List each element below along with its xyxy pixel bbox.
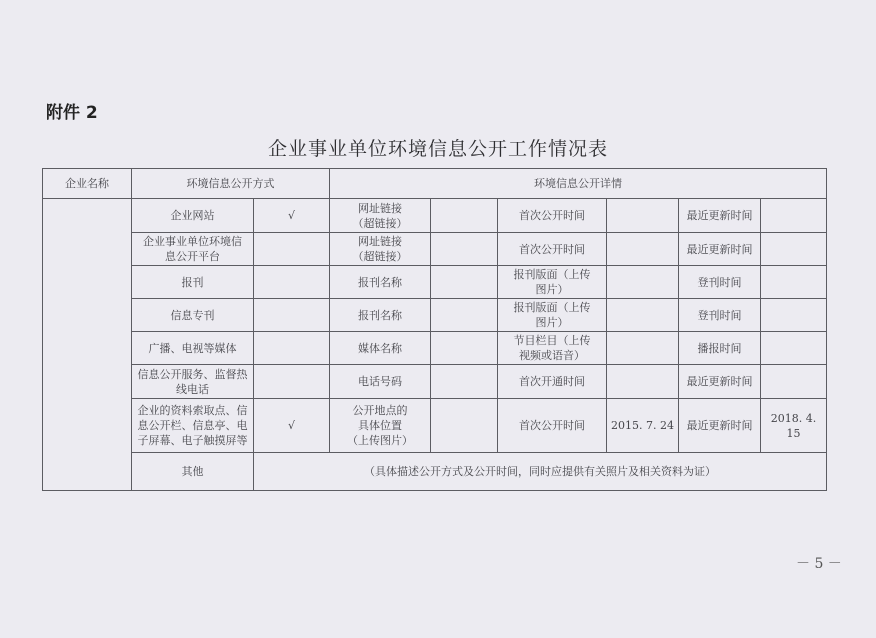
detail-label: 媒体名称	[330, 332, 431, 365]
time2-value[interactable]	[761, 299, 827, 332]
detail-label: 报刊名称	[330, 299, 431, 332]
time2-label: 最近更新时间	[679, 199, 761, 233]
time2-value[interactable]	[761, 266, 827, 299]
time2-label: 登刊时间	[679, 266, 761, 299]
time2-label: 最近更新时间	[679, 365, 761, 399]
header-row: 企业名称 环境信息公开方式 环境信息公开详情	[43, 169, 827, 199]
method-check[interactable]: √	[254, 199, 330, 233]
time1-value[interactable]	[607, 299, 679, 332]
method-label: 广播、电视等媒体	[132, 332, 254, 365]
time1-value[interactable]	[607, 233, 679, 266]
time2-value[interactable]: 2018. 4. 15	[761, 399, 827, 453]
detail-value[interactable]	[431, 332, 498, 365]
detail-label: 网址链接（超链接）	[330, 233, 431, 266]
header-disclosure-method: 环境信息公开方式	[132, 169, 330, 199]
method-label: 信息公开服务、监督热线电话	[132, 365, 254, 399]
method-check[interactable]	[254, 266, 330, 299]
header-disclosure-details: 环境信息公开详情	[330, 169, 827, 199]
time1-label: 首次开通时间	[498, 365, 607, 399]
detail-value[interactable]	[431, 199, 498, 233]
table-row: 信息专刊 报刊名称 报刊版面（上传图片） 登刊时间	[43, 299, 827, 332]
detail-label: 网址链接（超链接）	[330, 199, 431, 233]
detail-label: 电话号码	[330, 365, 431, 399]
table-row: 企业网站 √ 网址链接（超链接） 首次公开时间 最近更新时间	[43, 199, 827, 233]
disclosure-table: 企业名称 环境信息公开方式 环境信息公开详情 企业网站 √ 网址链接（超链接） …	[42, 168, 827, 491]
method-check[interactable]	[254, 299, 330, 332]
detail-label: 报刊名称	[330, 266, 431, 299]
other-row: 其他 （具体描述公开方式及公开时间，同时应提供有关照片及相关资料为证）	[43, 453, 827, 491]
table-row: 信息公开服务、监督热线电话 电话号码 首次开通时间 最近更新时间	[43, 365, 827, 399]
table-row: 企业的资料索取点、信息公开栏、信息亭、电子屏幕、电子触摸屏等 √ 公开地点的具体…	[43, 399, 827, 453]
detail-value[interactable]	[431, 266, 498, 299]
detail-value[interactable]	[431, 233, 498, 266]
table-row: 广播、电视等媒体 媒体名称 节目栏目（上传视频或语音） 播报时间	[43, 332, 827, 365]
time2-label: 登刊时间	[679, 299, 761, 332]
method-check[interactable]	[254, 365, 330, 399]
time2-label: 播报时间	[679, 332, 761, 365]
time1-label: 首次公开时间	[498, 199, 607, 233]
time2-value[interactable]	[761, 233, 827, 266]
time1-value[interactable]	[607, 266, 679, 299]
detail-value[interactable]	[431, 299, 498, 332]
time2-label: 最近更新时间	[679, 233, 761, 266]
time1-label: 报刊版面（上传图片）	[498, 299, 607, 332]
method-label: 企业网站	[132, 199, 254, 233]
detail-label: 公开地点的具体位置（上传图片）	[330, 399, 431, 453]
other-label: 其他	[132, 453, 254, 491]
page-number: － 5 －	[796, 553, 842, 573]
time1-label: 首次公开时间	[498, 399, 607, 453]
detail-value[interactable]	[431, 365, 498, 399]
detail-value[interactable]	[431, 399, 498, 453]
company-name-cell[interactable]	[43, 199, 132, 491]
method-label: 企业的资料索取点、信息公开栏、信息亭、电子屏幕、电子触摸屏等	[132, 399, 254, 453]
time2-value[interactable]	[761, 332, 827, 365]
header-company-name: 企业名称	[43, 169, 132, 199]
time2-value[interactable]	[761, 199, 827, 233]
table-row: 企业事业单位环境信息公开平台 网址链接（超链接） 首次公开时间 最近更新时间	[43, 233, 827, 266]
method-check[interactable]: √	[254, 399, 330, 453]
method-check[interactable]	[254, 332, 330, 365]
time2-value[interactable]	[761, 365, 827, 399]
time1-value[interactable]: 2015. 7. 24	[607, 399, 679, 453]
time1-value[interactable]	[607, 365, 679, 399]
attachment-label: 附件 2	[46, 98, 98, 123]
time1-label: 首次公开时间	[498, 233, 607, 266]
method-label: 信息专刊	[132, 299, 254, 332]
time2-label: 最近更新时间	[679, 399, 761, 453]
time1-label: 报刊版面（上传图片）	[498, 266, 607, 299]
time1-value[interactable]	[607, 332, 679, 365]
document-title: 企业事业单位环境信息公开工作情况表	[0, 134, 876, 161]
method-check[interactable]	[254, 233, 330, 266]
other-description[interactable]: （具体描述公开方式及公开时间，同时应提供有关照片及相关资料为证）	[254, 453, 827, 491]
time1-label: 节目栏目（上传视频或语音）	[498, 332, 607, 365]
method-label: 企业事业单位环境信息公开平台	[132, 233, 254, 266]
table-row: 报刊 报刊名称 报刊版面（上传图片） 登刊时间	[43, 266, 827, 299]
time1-value[interactable]	[607, 199, 679, 233]
method-label: 报刊	[132, 266, 254, 299]
